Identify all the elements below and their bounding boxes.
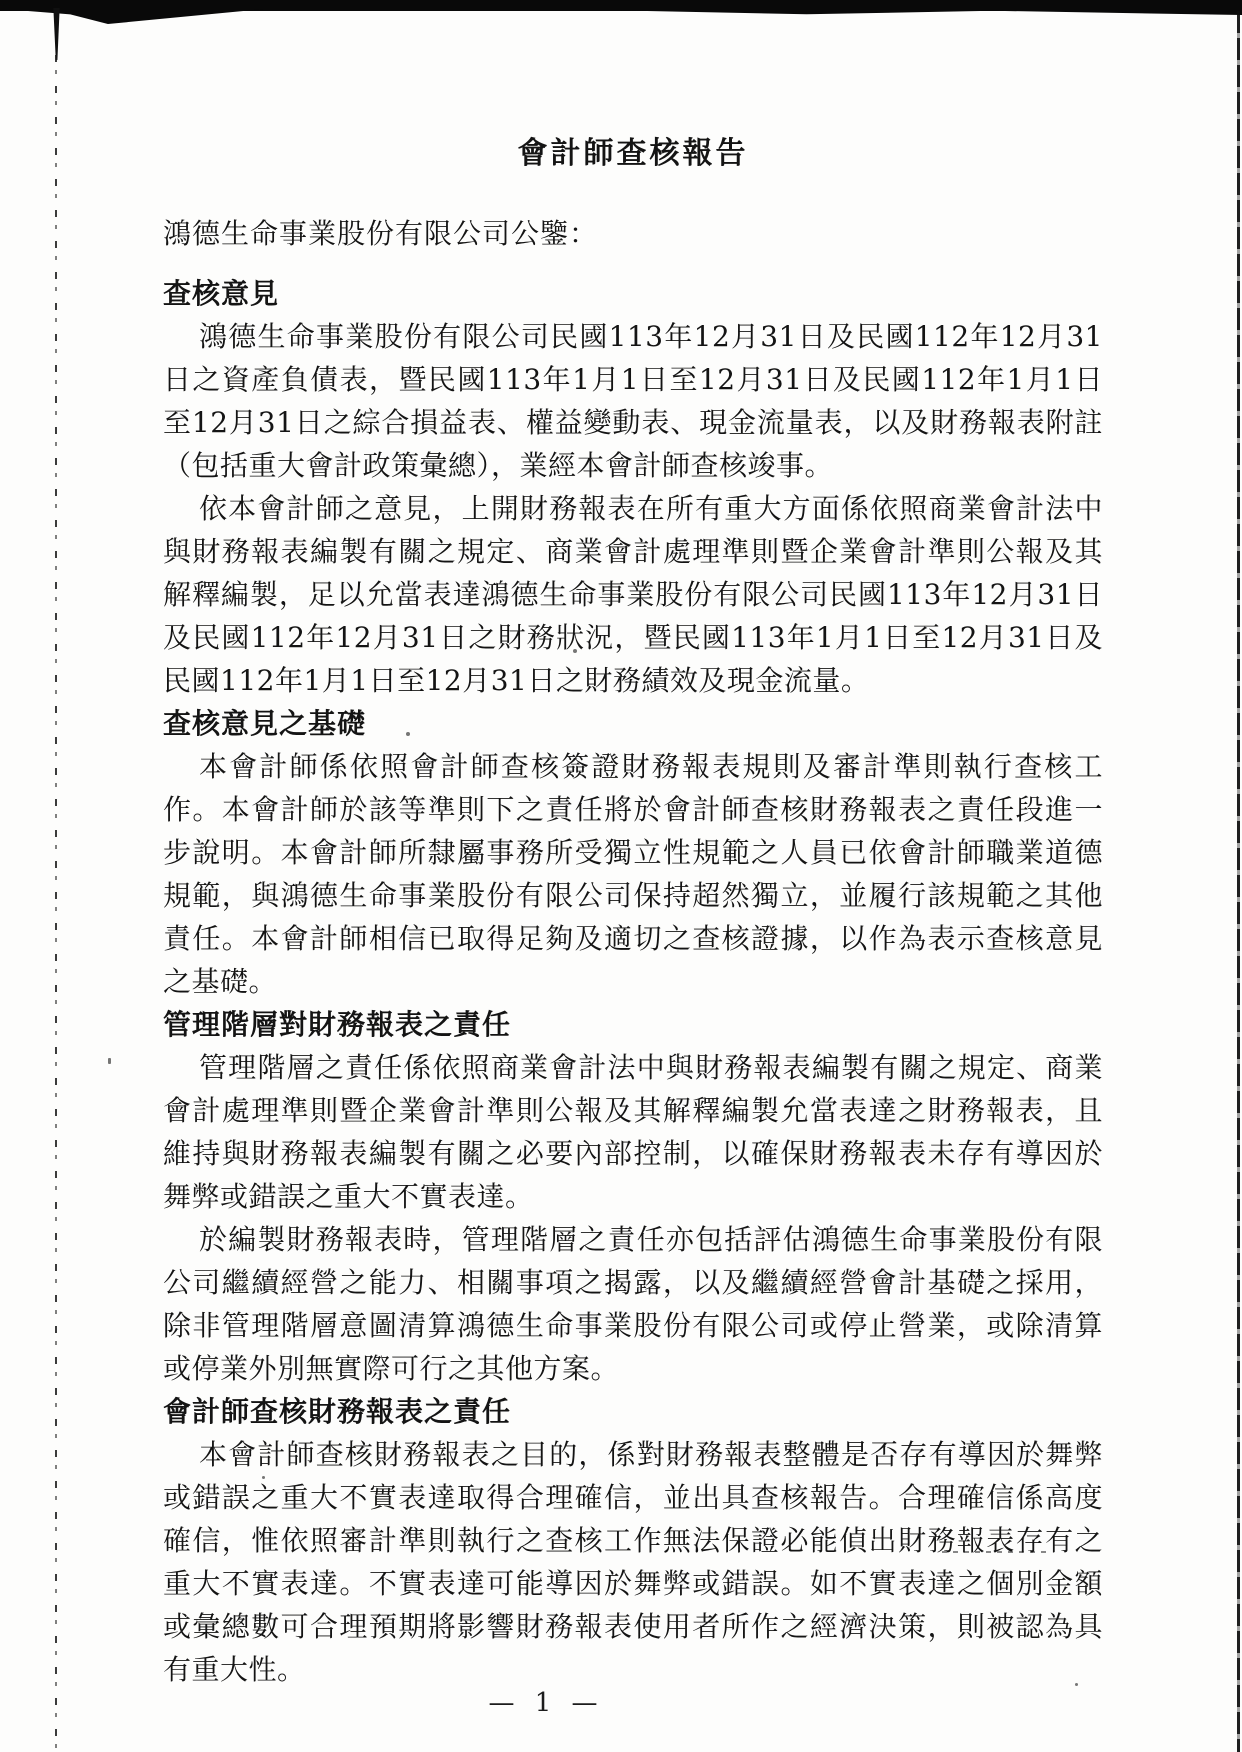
page-title: 會計師查核報告 [163, 132, 1103, 176]
scan-artifact-left-line [55, 55, 57, 1752]
paragraph: 本會計師係依照會計師查核簽證財務報表規則及審計準則執行查核工作。本會計師於該等準… [163, 745, 1103, 1003]
scan-artifact-ink-drip [52, 8, 61, 60]
scan-artifact-top-left-blob [28, 0, 263, 24]
section-heading: 查核意見 [163, 272, 1103, 315]
paragraph: 鴻德生命事業股份有限公司民國113年12月31日及民國112年12月31日之資產… [163, 315, 1103, 487]
paragraph: 管理階層之責任係依照商業會計法中與財務報表編製有關之規定、商業會計處理準則暨企業… [163, 1046, 1103, 1218]
scan-speck [108, 1058, 111, 1064]
report-sections: 查核意見鴻德生命事業股份有限公司民國113年12月31日及民國112年12月31… [163, 272, 1103, 1691]
section-heading: 查核意見之基礎 [163, 702, 1103, 745]
scan-artifact-right-line [1237, 11, 1240, 1752]
document-content: 會計師查核報告 鴻德生命事業股份有限公司公鑒： 查核意見鴻德生命事業股份有限公司… [163, 132, 1103, 1691]
scanned-document-page: 會計師查核報告 鴻德生命事業股份有限公司公鑒： 查核意見鴻德生命事業股份有限公司… [0, 0, 1242, 1752]
paragraph: 依本會計師之意見，上開財務報表在所有重大方面係依照商業會計法中與財務報表編製有關… [163, 487, 1103, 702]
section-heading: 管理階層對財務報表之責任 [163, 1003, 1103, 1046]
addressee-line: 鴻德生命事業股份有限公司公鑒： [163, 212, 1103, 255]
scan-artifact-top-right-edge [620, 0, 1242, 15]
section-heading: 會計師查核財務報表之責任 [163, 1390, 1103, 1433]
paragraph: 本會計師查核財務報表之目的，係對財務報表整體是否存有導因於舞弊或錯誤之重大不實表… [163, 1433, 1103, 1691]
paragraph: 於編製財務報表時，管理階層之責任亦包括評估鴻德生命事業股份有限公司繼續經營之能力… [163, 1218, 1103, 1390]
page-number: — 1 — [0, 1688, 1092, 1718]
